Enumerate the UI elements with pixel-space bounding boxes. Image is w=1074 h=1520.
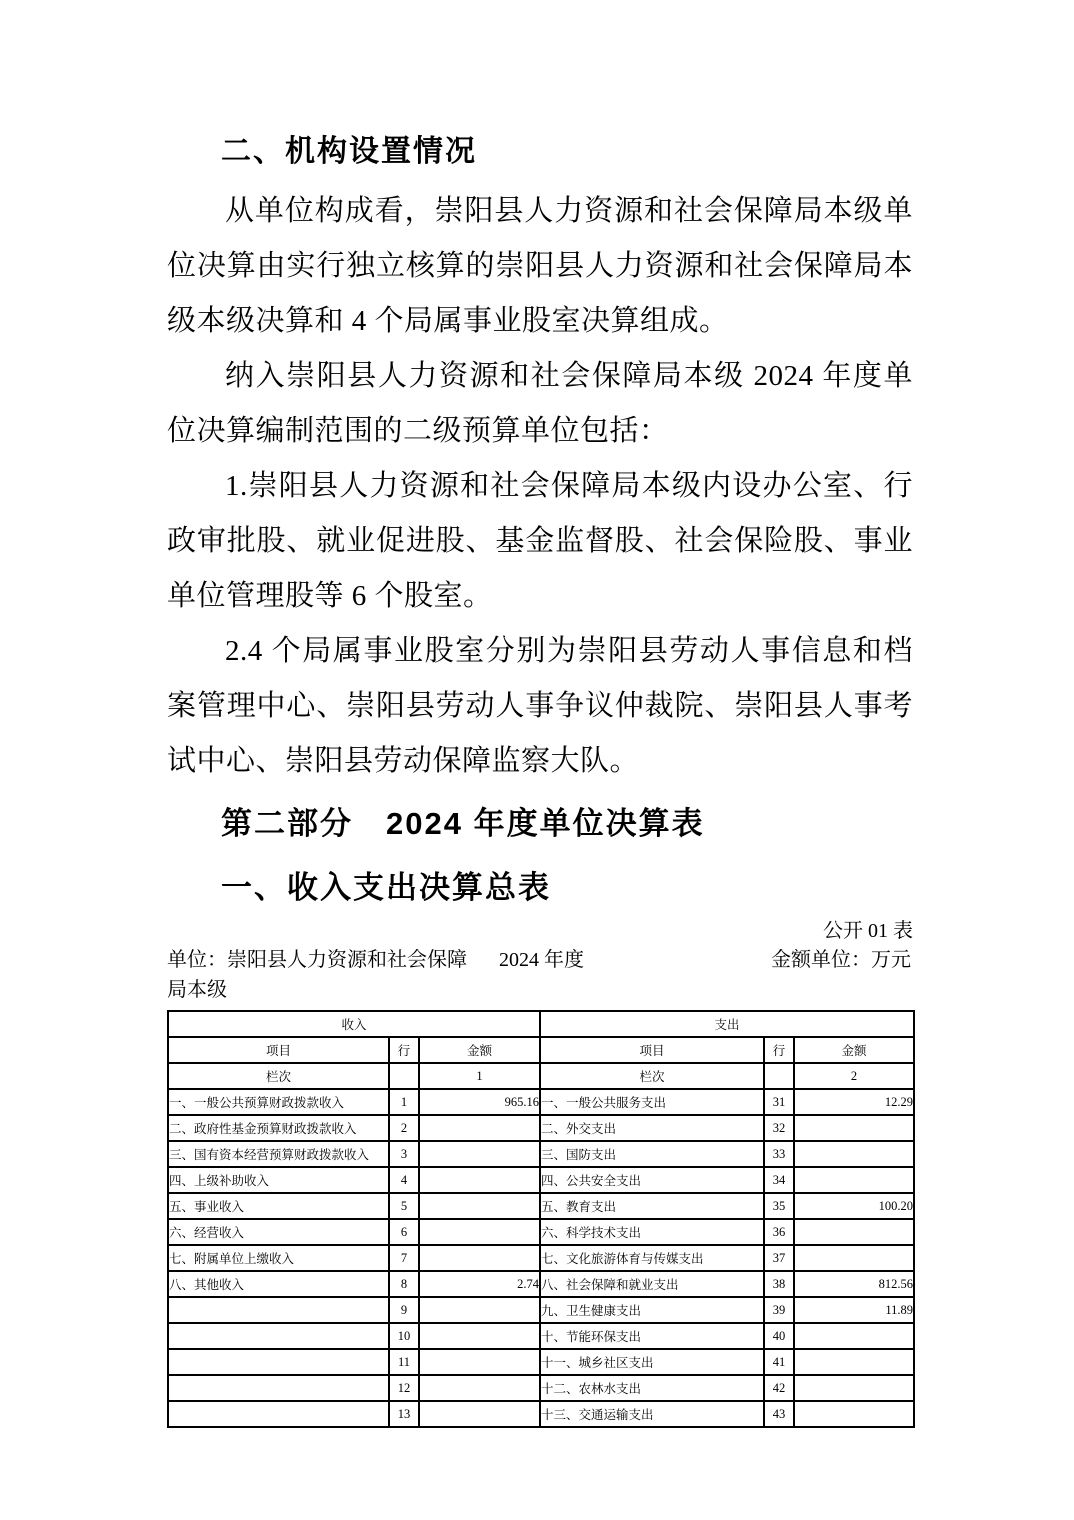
expense-item-cell: 十二、农林水支出 bbox=[540, 1375, 764, 1401]
expense-line-cell: 34 bbox=[764, 1167, 794, 1193]
paragraph-subordinate-units: 2.4 个局属事业股室分别为崇阳县劳动人事信息和档案管理中心、崇阳县劳动人事争议… bbox=[167, 624, 913, 789]
income-line-cell: 6 bbox=[389, 1219, 419, 1245]
unit-label: 单位：崇阳县人力资源和社会保障 bbox=[167, 949, 467, 971]
expense-amount-cell bbox=[794, 1219, 914, 1245]
expense-amount-cell: 100.20 bbox=[794, 1193, 914, 1219]
expense-line-cell: 39 bbox=[764, 1297, 794, 1323]
expense-item-cell: 八、社会保障和就业支出 bbox=[540, 1271, 764, 1297]
income-amount-cell bbox=[419, 1245, 540, 1271]
document-page: 二、机构设置情况 从单位构成看，崇阳县人力资源和社会保障局本级单位决算由实行独立… bbox=[0, 0, 1074, 1520]
expense-line-cell: 32 bbox=[764, 1115, 794, 1141]
table-row: 二、政府性基金预算财政拨款收入 2 二、外交支出 32 bbox=[168, 1115, 914, 1141]
expense-item-cell: 五、教育支出 bbox=[540, 1193, 764, 1219]
income-line-cell: 11 bbox=[389, 1349, 419, 1375]
income-item-cell bbox=[168, 1349, 389, 1375]
income-expense-summary-table: 收入 支出 项目 行 金额 项目 行 金额 栏次 1 栏次 2 bbox=[167, 1010, 915, 1428]
table-row: 三、国有资本经营预算财政拨款收入 3 三、国防支出 33 bbox=[168, 1141, 914, 1167]
expense-amount-cell bbox=[794, 1349, 914, 1375]
income-line-cell: 8 bbox=[389, 1271, 419, 1297]
expense-item-cell: 七、文化旅游体育与传媒支出 bbox=[540, 1245, 764, 1271]
expense-item-cell: 六、科学技术支出 bbox=[540, 1219, 764, 1245]
income-amount-cell bbox=[419, 1323, 540, 1349]
expense-amount-cell: 11.89 bbox=[794, 1297, 914, 1323]
income-line-cell: 12 bbox=[389, 1375, 419, 1401]
expense-column-index: 2 bbox=[794, 1063, 914, 1089]
income-item-cell: 三、国有资本经营预算财政拨款收入 bbox=[168, 1141, 389, 1167]
expense-line-cell: 43 bbox=[764, 1401, 794, 1427]
income-amount-header: 金额 bbox=[419, 1037, 540, 1063]
paragraph-internal-offices: 1.崇阳县人力资源和社会保障局本级内设办公室、行政审批股、就业促进股、基金监督股… bbox=[167, 459, 913, 624]
expense-line-cell: 33 bbox=[764, 1141, 794, 1167]
expense-amount-cell bbox=[794, 1323, 914, 1349]
income-item-cell: 六、经营收入 bbox=[168, 1219, 389, 1245]
table-column-header-row: 项目 行 金额 项目 行 金额 bbox=[168, 1037, 914, 1063]
section-heading-organization: 二、机构设置情况 bbox=[167, 130, 913, 174]
income-item-cell bbox=[168, 1375, 389, 1401]
expense-item-cell: 十、节能环保支出 bbox=[540, 1323, 764, 1349]
table-row: 八、其他收入 8 2.74 八、社会保障和就业支出 38 812.56 bbox=[168, 1271, 914, 1297]
expense-item-cell: 十三、交通运输支出 bbox=[540, 1401, 764, 1427]
income-item-cell: 七、附属单位上缴收入 bbox=[168, 1245, 389, 1271]
table1-heading: 一、收入支出决算总表 bbox=[167, 865, 913, 911]
income-item-cell bbox=[168, 1297, 389, 1323]
income-amount-cell bbox=[419, 1219, 540, 1245]
table-column-index-row: 栏次 1 栏次 2 bbox=[168, 1063, 914, 1089]
table-row: 七、附属单位上缴收入 7 七、文化旅游体育与传媒支出 37 bbox=[168, 1245, 914, 1271]
expense-line-cell: 38 bbox=[764, 1271, 794, 1297]
expense-line-cell: 36 bbox=[764, 1219, 794, 1245]
expense-amount-cell: 12.29 bbox=[794, 1089, 914, 1115]
income-amount-cell bbox=[419, 1115, 540, 1141]
income-item-cell bbox=[168, 1401, 389, 1427]
table-row: 五、事业收入 5 五、教育支出 35 100.20 bbox=[168, 1193, 914, 1219]
expense-item-cell: 二、外交支出 bbox=[540, 1115, 764, 1141]
fiscal-period: 2024 年度 bbox=[499, 945, 584, 975]
table-row: 四、上级补助收入 4 四、公共安全支出 34 bbox=[168, 1167, 914, 1193]
expense-line-header: 行 bbox=[764, 1037, 794, 1063]
income-line-cell: 10 bbox=[389, 1323, 419, 1349]
expense-amount-cell: 812.56 bbox=[794, 1271, 914, 1297]
amount-unit-label: 金额单位：万元 bbox=[771, 945, 911, 975]
unit-label-continued: 局本级 bbox=[167, 975, 913, 1005]
income-line-cell: 7 bbox=[389, 1245, 419, 1271]
expense-lanci-line-cell bbox=[764, 1063, 794, 1089]
income-amount-cell: 965.16 bbox=[419, 1089, 540, 1115]
income-line-cell: 9 bbox=[389, 1297, 419, 1323]
table-row: 10 十、节能环保支出 40 bbox=[168, 1323, 914, 1349]
expense-item-cell: 九、卫生健康支出 bbox=[540, 1297, 764, 1323]
document-content: 二、机构设置情况 从单位构成看，崇阳县人力资源和社会保障局本级单位决算由实行独立… bbox=[167, 0, 913, 1428]
income-line-cell: 1 bbox=[389, 1089, 419, 1115]
income-amount-cell bbox=[419, 1193, 540, 1219]
expense-amount-cell bbox=[794, 1141, 914, 1167]
expense-amount-cell bbox=[794, 1245, 914, 1271]
expense-item-cell: 四、公共安全支出 bbox=[540, 1167, 764, 1193]
expense-item-cell: 一、一般公共服务支出 bbox=[540, 1089, 764, 1115]
table-section-header-row: 收入 支出 bbox=[168, 1011, 914, 1037]
table-row: 12 十二、农林水支出 42 bbox=[168, 1375, 914, 1401]
expense-item-cell: 十一、城乡社区支出 bbox=[540, 1349, 764, 1375]
income-amount-cell bbox=[419, 1375, 540, 1401]
part2-heading: 第二部分 2024 年度单位决算表 bbox=[167, 801, 913, 847]
income-amount-cell: 2.74 bbox=[419, 1271, 540, 1297]
expense-line-cell: 40 bbox=[764, 1323, 794, 1349]
table-row: 13 十三、交通运输支出 43 bbox=[168, 1401, 914, 1427]
income-item-header: 项目 bbox=[168, 1037, 389, 1063]
public-table-number: 公开 01 表 bbox=[167, 917, 913, 945]
income-item-cell bbox=[168, 1323, 389, 1349]
income-column-index: 1 bbox=[419, 1063, 540, 1089]
income-line-cell: 3 bbox=[389, 1141, 419, 1167]
income-amount-cell bbox=[419, 1297, 540, 1323]
income-amount-cell bbox=[419, 1401, 540, 1427]
table-meta-row: 单位：崇阳县人力资源和社会保障 2024 年度 金额单位：万元 bbox=[167, 945, 913, 975]
income-item-cell: 四、上级补助收入 bbox=[168, 1167, 389, 1193]
table-row: 11 十一、城乡社区支出 41 bbox=[168, 1349, 914, 1375]
table-row: 9 九、卫生健康支出 39 11.89 bbox=[168, 1297, 914, 1323]
expense-item-cell: 三、国防支出 bbox=[540, 1141, 764, 1167]
income-amount-cell bbox=[419, 1349, 540, 1375]
expense-line-cell: 37 bbox=[764, 1245, 794, 1271]
table-row: 六、经营收入 6 六、科学技术支出 36 bbox=[168, 1219, 914, 1245]
table-row: 一、一般公共预算财政拨款收入 1 965.16 一、一般公共服务支出 31 12… bbox=[168, 1089, 914, 1115]
income-line-cell: 4 bbox=[389, 1167, 419, 1193]
income-line-header: 行 bbox=[389, 1037, 419, 1063]
income-section-header: 收入 bbox=[168, 1011, 540, 1037]
expense-item-header: 项目 bbox=[540, 1037, 764, 1063]
paragraph-budget-scope: 纳入崇阳县人力资源和社会保障局本级 2024 年度单位决算编制范围的二级预算单位… bbox=[167, 349, 913, 459]
income-item-cell: 五、事业收入 bbox=[168, 1193, 389, 1219]
expense-amount-header: 金额 bbox=[794, 1037, 914, 1063]
expense-line-cell: 42 bbox=[764, 1375, 794, 1401]
expense-line-cell: 31 bbox=[764, 1089, 794, 1115]
paragraph-unit-composition: 从单位构成看，崇阳县人力资源和社会保障局本级单位决算由实行独立核算的崇阳县人力资… bbox=[167, 184, 913, 349]
income-line-cell: 13 bbox=[389, 1401, 419, 1427]
expense-lanci-label: 栏次 bbox=[540, 1063, 764, 1089]
income-item-cell: 二、政府性基金预算财政拨款收入 bbox=[168, 1115, 389, 1141]
income-lanci-label: 栏次 bbox=[168, 1063, 389, 1089]
expense-amount-cell bbox=[794, 1115, 914, 1141]
income-line-cell: 2 bbox=[389, 1115, 419, 1141]
expense-amount-cell bbox=[794, 1375, 914, 1401]
expense-section-header: 支出 bbox=[540, 1011, 914, 1037]
expense-line-cell: 35 bbox=[764, 1193, 794, 1219]
income-item-cell: 八、其他收入 bbox=[168, 1271, 389, 1297]
income-lanci-line-cell bbox=[389, 1063, 419, 1089]
income-item-cell: 一、一般公共预算财政拨款收入 bbox=[168, 1089, 389, 1115]
expense-amount-cell bbox=[794, 1401, 914, 1427]
expense-line-cell: 41 bbox=[764, 1349, 794, 1375]
income-amount-cell bbox=[419, 1167, 540, 1193]
income-line-cell: 5 bbox=[389, 1193, 419, 1219]
income-amount-cell bbox=[419, 1141, 540, 1167]
expense-amount-cell bbox=[794, 1167, 914, 1193]
